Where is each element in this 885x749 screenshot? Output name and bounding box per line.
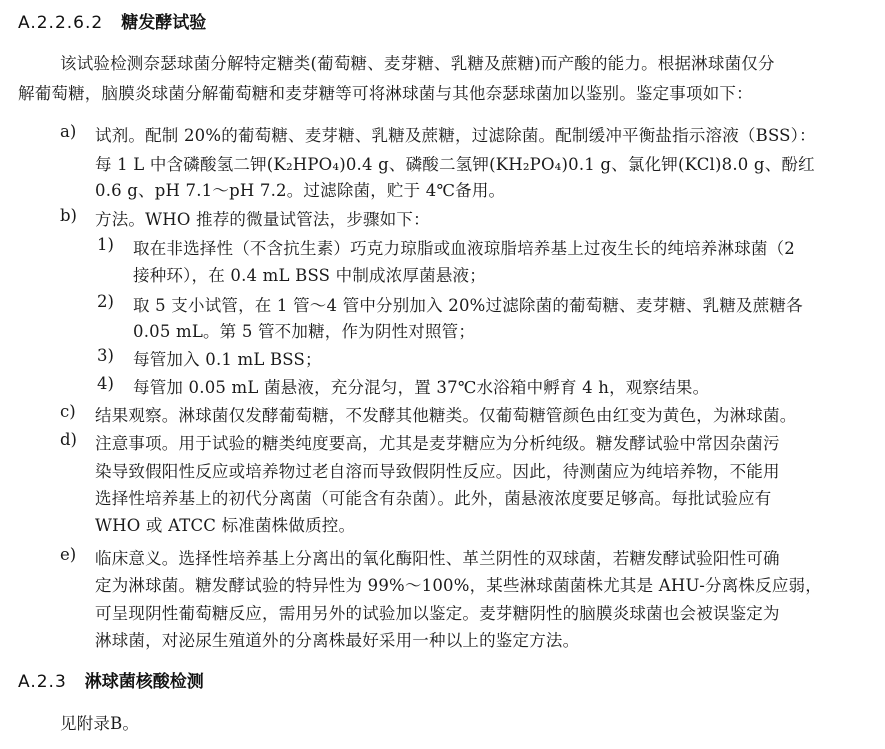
step-marker-4: 4) — [97, 374, 114, 393]
step-4-line-1: 每管加 0.05 mL 菌悬液，充分混匀，置 37℃水浴箱中孵育 4 h，观察结… — [133, 374, 709, 398]
step-1-line-1: 取在非选择性（不含抗生素）巧克力琼脂或血液琼脂培养基上过夜生长的纯培养淋球菌（2 — [133, 235, 795, 259]
section-number: A.2.2.6.2 — [18, 13, 103, 33]
section-heading-a23: A.2.3淋球菌核酸检测 — [18, 667, 204, 692]
item-e-line-2: 定为淋球菌。糖发酵试验的特异性为 99%～100%，某些淋球菌菌株尤其是 AHU… — [95, 572, 822, 596]
step-marker-3: 3) — [97, 346, 114, 365]
item-marker-c: c) — [60, 402, 76, 421]
section-a23-body: 见附录B。 — [60, 710, 139, 734]
item-a-line-1: 试剂。配制 20%的葡萄糖、麦芽糖、乳糖及蔗糖，过滤除菌。配制缓冲平衡盐指示溶液… — [95, 122, 816, 146]
section-number: A.2.3 — [18, 672, 67, 692]
item-a-line-3: 0.6 g、pH 7.1～pH 7.2。过滤除菌，贮于 4℃备用。 — [95, 177, 505, 201]
intro-line-2: 解葡萄糖，脑膜炎球菌分解葡萄糖和麦芽糖等可将淋球菌与其他奈瑟球菌加以鉴别。鉴定事… — [18, 80, 753, 104]
item-d-line-4: WHO 或 ATCC 标准菌株做质控。 — [95, 512, 355, 536]
item-c-line-1: 结果观察。淋球菌仅发酵葡萄糖，不发酵其他糖类。仅葡萄糖管颜色由红变为黄色，为淋球… — [95, 402, 796, 426]
item-marker-a: a) — [60, 122, 76, 141]
item-e-line-3: 可呈现阴性葡萄糖反应，需用另外的试验加以鉴定。麦芽糖阴性的脑膜炎球菌也会被误鉴定… — [95, 600, 780, 624]
item-marker-e: e) — [60, 545, 76, 564]
item-marker-d: d) — [60, 430, 77, 449]
intro-line-1: 该试验检测奈瑟球菌分解特定糖类(葡萄糖、麦芽糖、乳糖及蔗糖)而产酸的能力。根据淋… — [60, 50, 775, 74]
section-title: 淋球菌核酸检测 — [85, 672, 204, 692]
step-marker-2: 2) — [97, 292, 114, 311]
item-d-line-3: 选择性培养基上的初代分离菌（可能含有杂菌）。此外，菌悬液浓度要足够高。每批试验应… — [95, 485, 771, 509]
step-1-line-2: 接种环），在 0.4 mL BSS 中制成浓厚菌悬液； — [133, 262, 486, 286]
step-2-line-2: 0.05 mL。第 5 管不加糖，作为阴性对照管； — [133, 318, 475, 342]
item-e-line-1: 临床意义。选择性培养基上分离出的氧化酶阳性、革兰阴性的双球菌，若糖发酵试验阳性可… — [95, 545, 780, 569]
step-2-line-1: 取 5 支小试管，在 1 管～4 管中分别加入 20%过滤除菌的葡萄糖、麦芽糖、… — [133, 292, 803, 316]
item-marker-b: b) — [60, 206, 77, 225]
section-title: 糖发酵试验 — [121, 13, 206, 33]
step-3-line-1: 每管加入 0.1 mL BSS； — [133, 346, 322, 370]
item-d-line-1: 注意事项。用于试验的糖类纯度要高，尤其是麦芽糖应为分析纯级。糖发酵试验中常因杂菌… — [95, 430, 780, 454]
item-d-line-2: 染导致假阳性反应或培养物过老自溶而导致假阴性反应。因此，待测菌应为纯培养物，不能… — [95, 458, 780, 482]
item-b-line-1: 方法。WHO 推荐的微量试管法，步骤如下： — [95, 206, 430, 230]
step-marker-1: 1) — [97, 235, 114, 254]
item-a-line-2: 每 1 L 中含磷酸氢二钾(K₂HPO₄)0.4 g、磷酸二氢钾(KH₂PO₄)… — [95, 151, 815, 175]
item-e-line-4: 淋球菌，对泌尿生殖道外的分离株最好采用一种以上的鉴定方法。 — [95, 627, 579, 651]
section-heading-a2262: A.2.2.6.2糖发酵试验 — [18, 8, 206, 33]
